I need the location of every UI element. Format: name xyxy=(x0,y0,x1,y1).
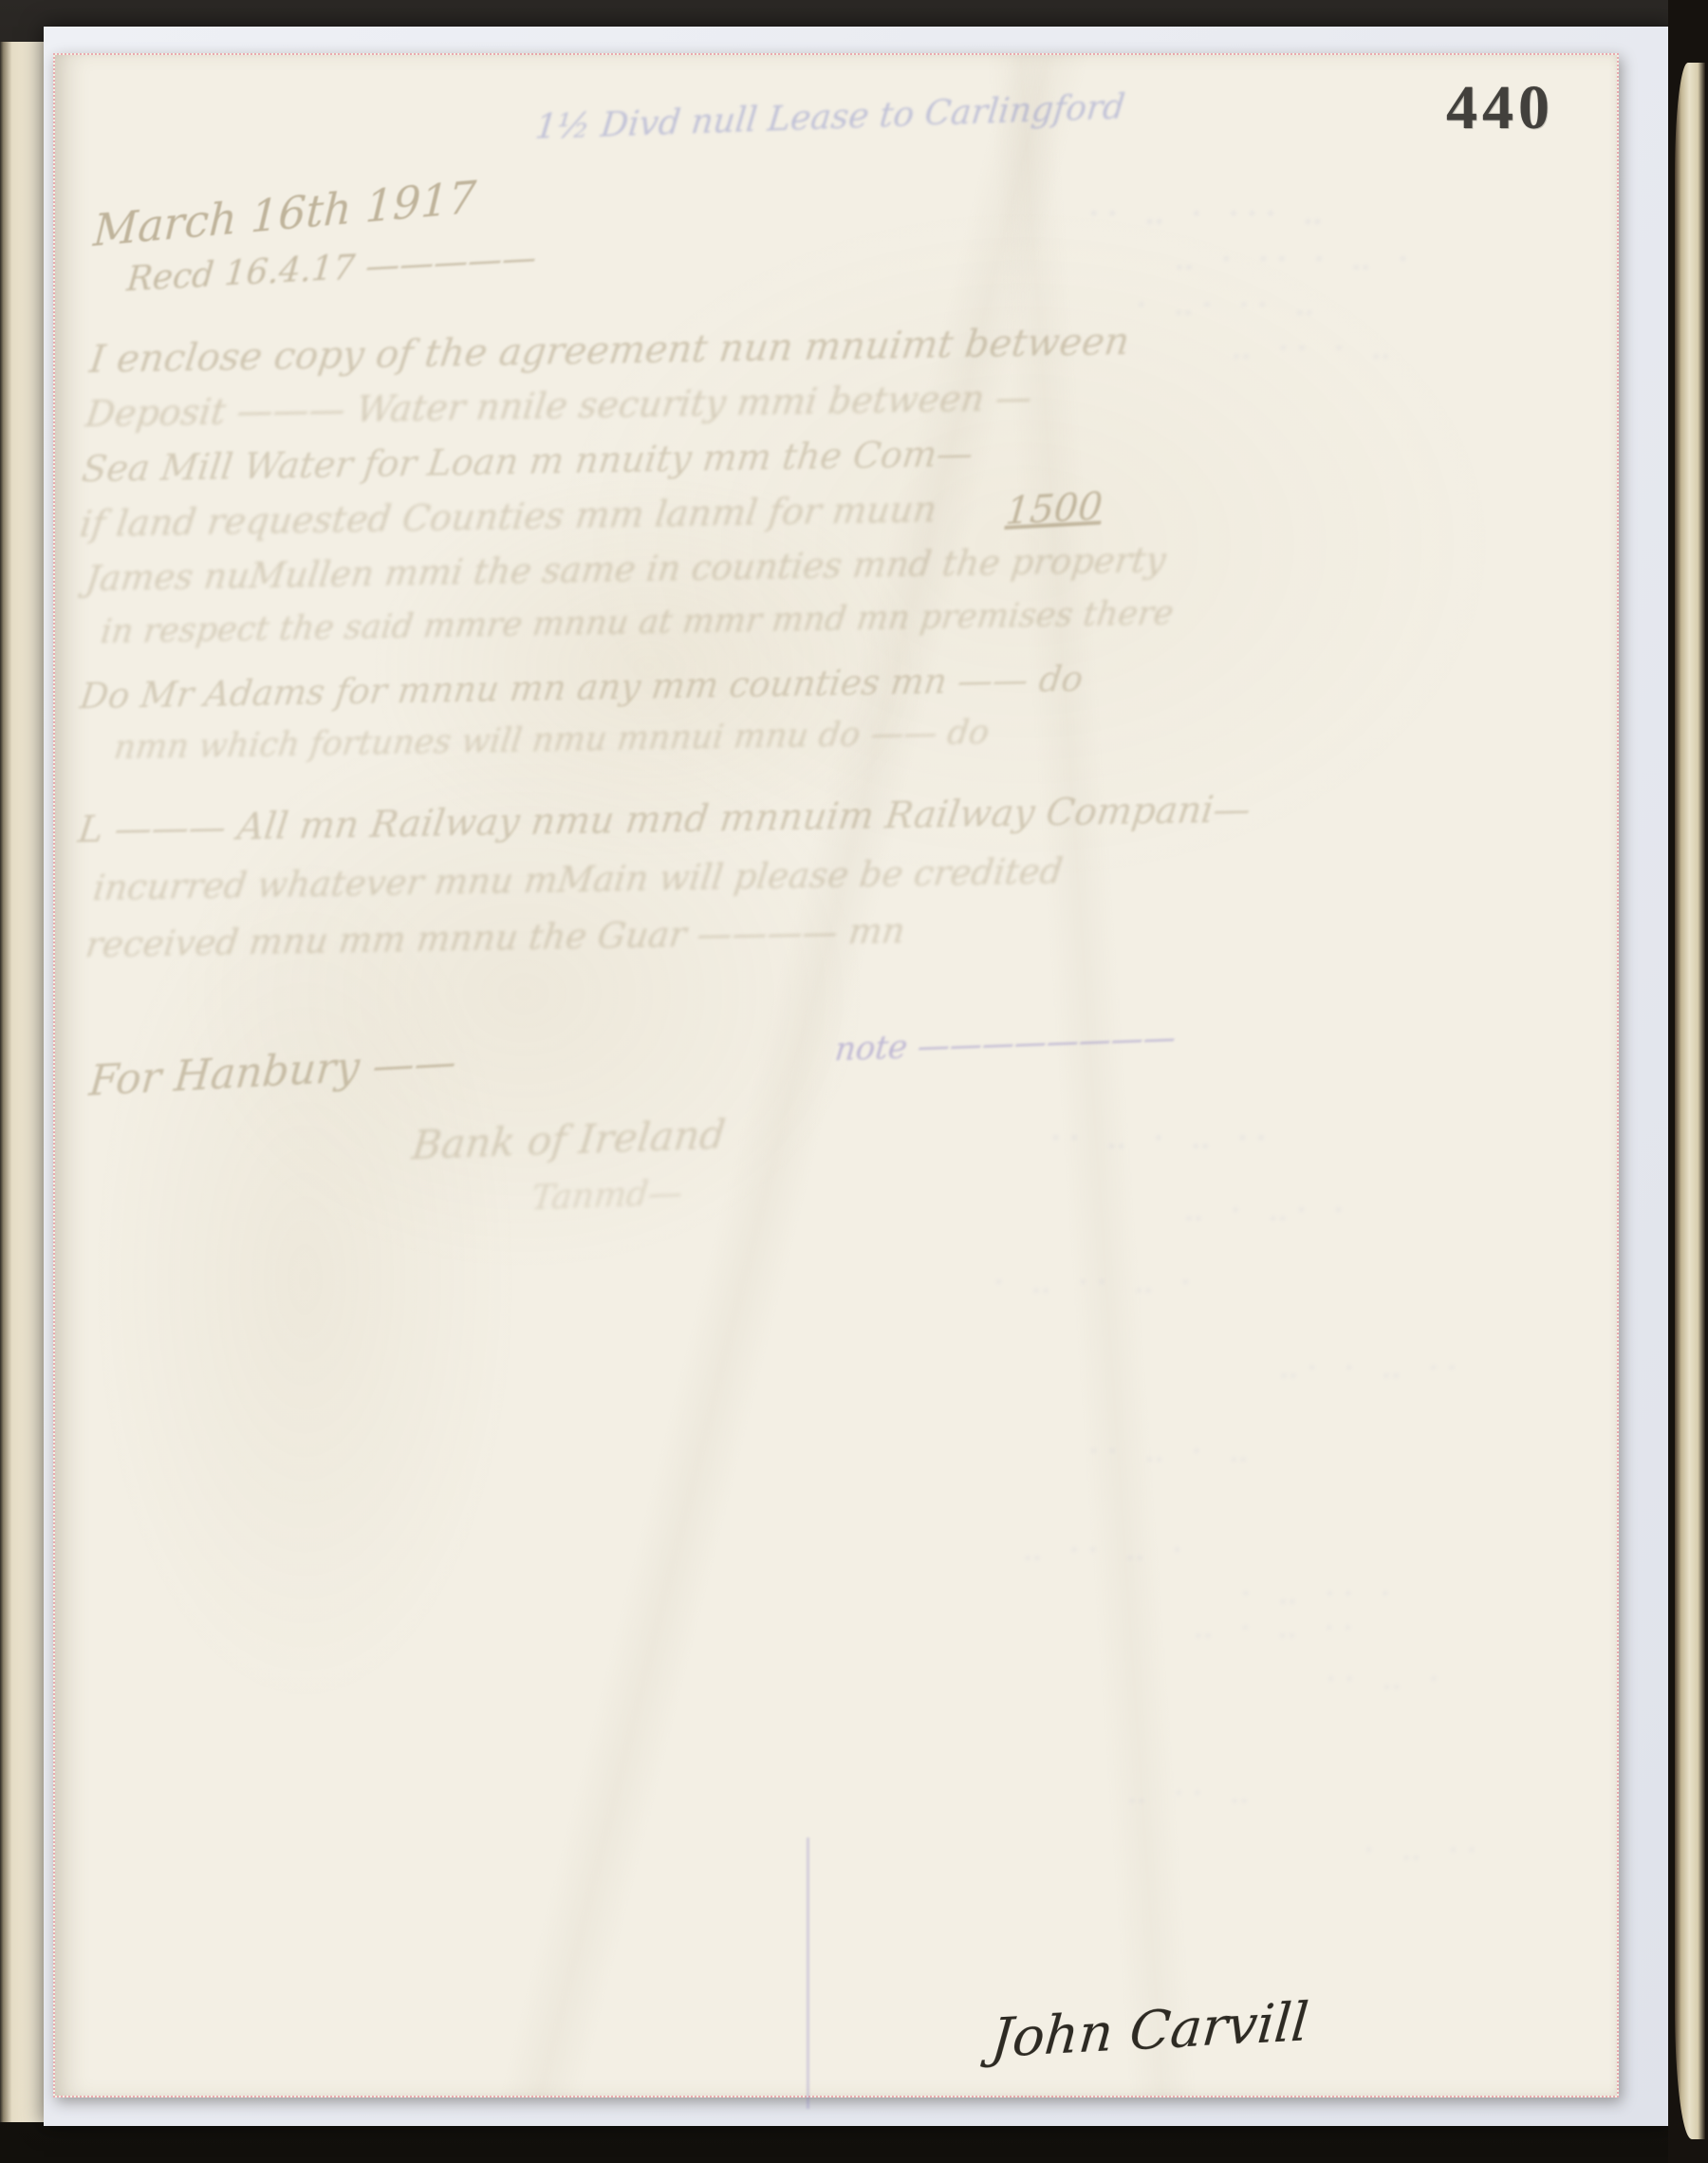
ink-bleed-mark: ‥· · ‥ ·· xyxy=(1279,1352,1466,1385)
body-line: if land requested Counties mm lanml for … xyxy=(78,488,939,545)
book-fore-edge-pages xyxy=(1675,63,1705,2139)
body-line: received mnu mm mnnu the Guar ———— mn xyxy=(84,910,907,965)
ink-bleed-mark: · ‥ ·· · xyxy=(1241,1577,1400,1611)
ink-bleed-mark: ·· ‥ · ··· ‥ xyxy=(1089,197,1331,231)
ink-bleed-mark: ‥ ·· ‥ xyxy=(1127,1777,1258,1810)
docket-for-hanbury: For Hanbury —— xyxy=(87,1037,458,1106)
ink-bleed-mark: · ‥· ·· ‥ xyxy=(1137,289,1324,322)
manuscript-page: 440 1½ Divd null Lease to CarlingfordMar… xyxy=(53,53,1619,2098)
received-line: Recd 16.4.17 ————— xyxy=(125,238,538,299)
ink-bleed-mark: ‥ ·· · ‥ xyxy=(1232,332,1400,365)
docket-bank: Bank of Ireland xyxy=(410,1110,728,1168)
body-line: L ——— All mn Railway nmu mnd mnnuim Rail… xyxy=(76,788,1253,851)
ink-bleed-mark: ‥ · ‥ ·· xyxy=(1194,1612,1362,1645)
date-line: March 16th 1917 xyxy=(92,171,477,256)
body-line: incurred whatever mnu mMain will please … xyxy=(91,850,1065,908)
amount-figure: 1500 xyxy=(1004,484,1105,533)
book-cover-right xyxy=(1668,0,1708,2163)
docket-faint: Tanmd— xyxy=(529,1173,684,1218)
body-line: Sea Mill Water for Loan m nnuity mm the … xyxy=(80,433,975,490)
ink-bleed-mark: ‥ ·· ‥ · xyxy=(1023,1534,1191,1567)
body-line: Do Mr Adams for mnnu mn any mm counties … xyxy=(78,658,1086,717)
ink-bleed-mark: · ‥ ·· ‥ · xyxy=(994,1266,1199,1299)
body-line: Deposit ——— Water nnile security mmi bet… xyxy=(84,377,1034,435)
ink-bleed-mark: ·· ‥ · xyxy=(1327,1663,1448,1696)
ink-bleed-mark: · ‥ ·· xyxy=(1365,1834,1486,1867)
header-line-blue: 1½ Divd null Lease to Carlingford xyxy=(533,87,1126,147)
ink-bleed-mark: ·· ‥ · ‥ ·· xyxy=(1051,1122,1275,1155)
ink-bleed-mark: ‥ · ‥· · xyxy=(1184,1194,1352,1227)
signature-john-carvill: John Carvill xyxy=(989,1991,1311,2070)
note-line-purple: note ———————— xyxy=(833,1018,1178,1069)
body-line: James nuMullen mmi the same in counties … xyxy=(84,539,1168,599)
ink-bleed-mark: ‥ · ·· · ‥ · xyxy=(1175,243,1417,276)
body-line: nmn which fortunes will nmu mnnui mnu do… xyxy=(112,714,992,767)
body-line: I enclose copy of the agreement nun mnui… xyxy=(87,320,1132,382)
page-number-stamp: 440 xyxy=(1446,72,1554,144)
scanned-book-photo: 440 1½ Divd null Lease to CarlingfordMar… xyxy=(0,0,1708,2163)
purple-crease-line xyxy=(807,1837,809,2109)
body-line: in respect the said mmre mnnu at mmr mnd… xyxy=(99,594,1176,651)
ink-bleed-mark: ·· ‥ · ‥ xyxy=(1089,1435,1257,1468)
